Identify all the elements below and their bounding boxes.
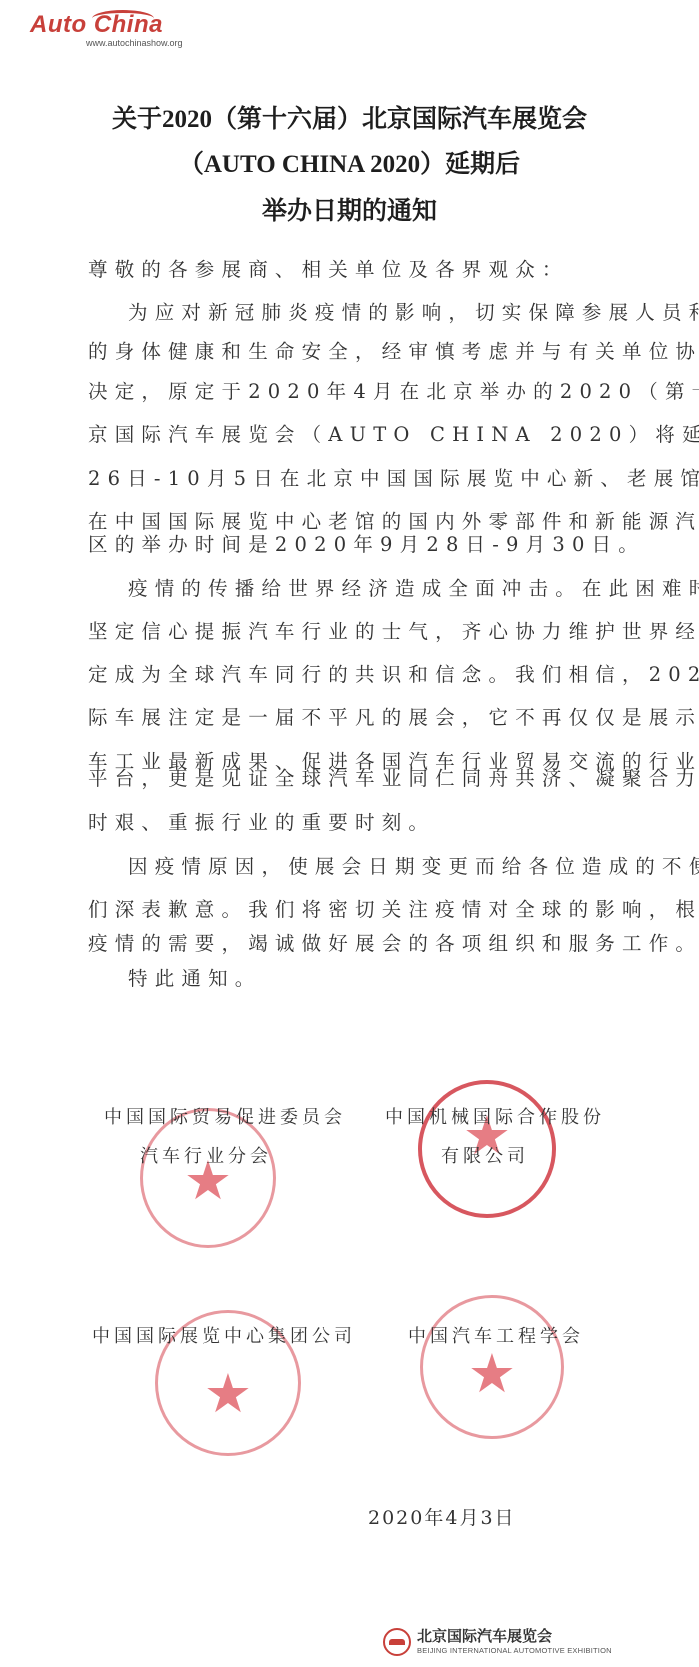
signatory-3: 中国国际展览中心集团公司 <box>92 1326 356 1348</box>
signatory-1-line-1: 中国国际贸易促进委员会 <box>104 1107 346 1129</box>
footer-name-cn: 北京国际汽车展览会 <box>417 1625 552 1646</box>
signatory-2-line-1: 中国机械国际合作股份 <box>385 1107 605 1129</box>
paragraph-line: 的身体健康和生命安全，经审慎考虑并与有关单位协商，现 <box>88 340 548 364</box>
footer-name-en: BEIJING INTERNATIONAL AUTOMOTIVE EXHIBIT… <box>417 1646 612 1655</box>
auto-china-logo: Auto China www.autochinashow.org <box>30 12 183 49</box>
paragraph-line: 26日-10月5日在北京中国国际展览中心新、老展馆举行，设 <box>88 467 548 491</box>
paragraph-line: 们深表歉意。我们将密切关注疫情对全球的影响，根据防控 <box>88 898 548 922</box>
paragraph-line: 疫情的需要，竭诚做好展会的各项组织和服务工作。 <box>88 932 548 956</box>
paragraph-line: 京国际汽车展览会（AUTO CHINA 2020）将延期至2020年9月 <box>88 423 548 447</box>
signatory-1-line-2: 汽车行业分会 <box>140 1146 272 1168</box>
document-date: 2020年4月3日 <box>368 1503 516 1530</box>
official-seal-1: ★ <box>140 1108 276 1248</box>
document-title-line-2: （AUTO CHINA 2020）延期后 <box>0 144 699 180</box>
paragraph-line: 际车展注定是一届不平凡的展会，它不再仅仅是展示国际汽 <box>88 706 548 730</box>
signatory-2-line-2: 有限公司 <box>441 1146 529 1168</box>
seal-star-icon: ★ <box>204 1367 252 1421</box>
paragraph-line: 区的举办时间是2020年9月28日-9月30日。 <box>88 533 548 557</box>
paragraph-line: 决定，原定于2020年4月在北京举办的2020（第十六届）北 <box>88 380 548 404</box>
logo-url-text: www.autochinashow.org <box>86 38 183 49</box>
paragraph-line: 疫情的传播给世界经济造成全面冲击。在此困难时期， <box>128 577 588 601</box>
document-title-line-3: 举办日期的通知 <box>0 191 699 227</box>
car-swoosh-icon <box>92 10 154 27</box>
paragraph-line: 在中国国际展览中心老馆的国内外零部件和新能源汽车展 <box>88 510 548 534</box>
paragraph-line: 时艰、重振行业的重要时刻。 <box>88 811 548 835</box>
salutation: 尊敬的各参展商、相关单位及各界观众： <box>88 258 548 282</box>
signatory-4: 中国汽车工程学会 <box>408 1326 584 1348</box>
closing-text: 特此通知。 <box>128 967 588 991</box>
document-title-line-1: 关于2020（第十六届）北京国际汽车展览会 <box>0 99 699 135</box>
paragraph-line: 因疫情原因，使展会日期变更而给各位造成的不便，我 <box>128 855 588 879</box>
paragraph-line: 为应对新冠肺炎疫情的影响，切实保障参展人员和观众 <box>128 301 588 325</box>
exhibition-emblem-icon <box>383 1628 411 1656</box>
paragraph-line: 平台，更是见证全球汽车业同仁同舟共济、凝聚合力、共克 <box>88 767 548 791</box>
paragraph-line: 坚定信心提振汽车行业的士气，齐心协力维护世界经济的稳 <box>88 620 548 644</box>
paragraph-line: 定成为全球汽车同行的共识和信念。我们相信，2020 北京国 <box>88 663 548 687</box>
official-seal-4: ★ <box>420 1295 564 1439</box>
seal-star-icon: ★ <box>468 1347 516 1401</box>
